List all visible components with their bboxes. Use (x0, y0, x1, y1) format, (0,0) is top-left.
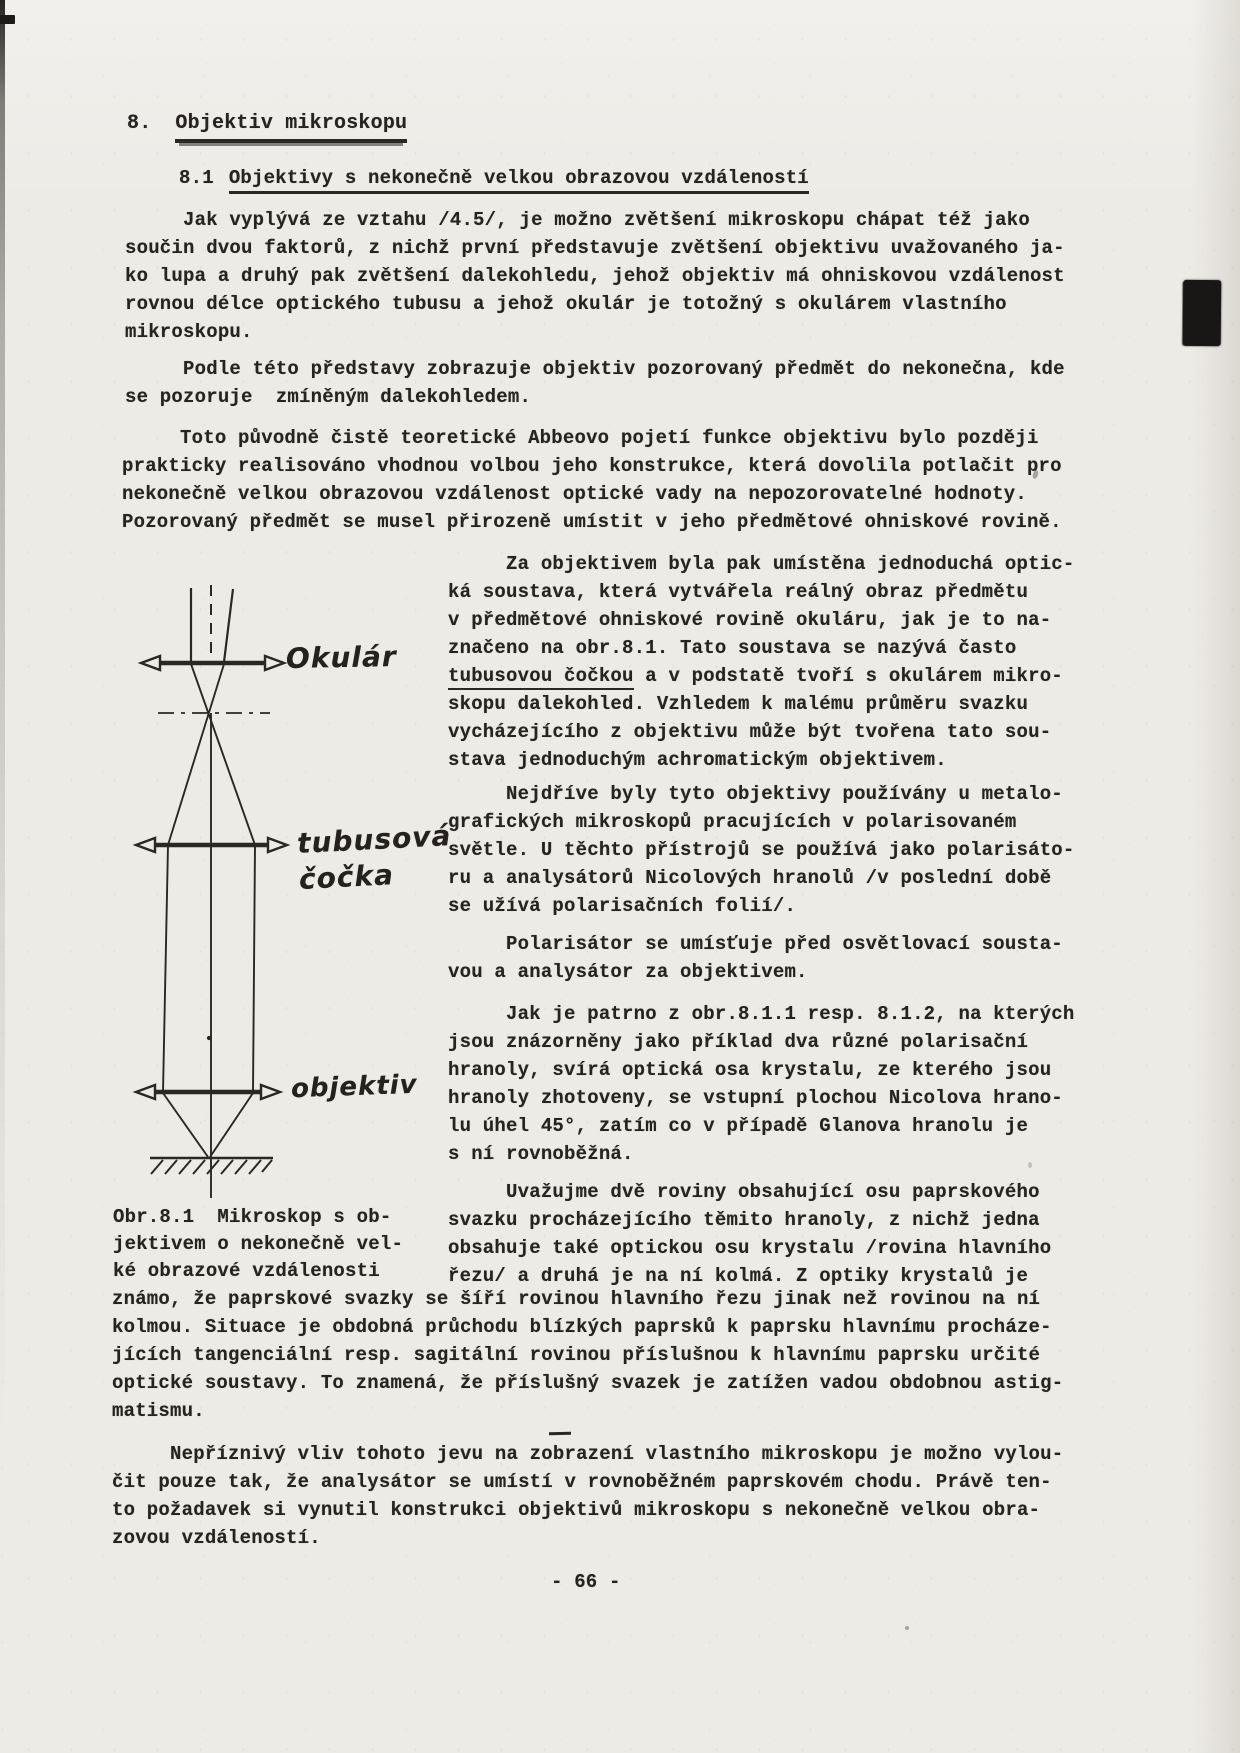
figure-label-eyepiece: Okulár (286, 640, 397, 675)
subsection-number: 8.1 (179, 167, 214, 189)
underlined-term: tubusovou čočkou (448, 665, 634, 690)
figure-label-objective: objektiv (291, 1070, 419, 1104)
paragraph: Toto původně čistě teoretické Abbeovo po… (122, 424, 1062, 536)
section-title: Objektiv mikroskopu (175, 112, 407, 143)
paragraph: Jak vyplývá ze vztahu /4.5/, je možno zv… (125, 206, 1065, 346)
paragraph: známo, že paprskové svazky se šíří rovin… (112, 1285, 1063, 1425)
figure-label-tube-lens: tubusová čočka (296, 818, 454, 898)
margin-ink-blob (1183, 280, 1222, 346)
section-number: 8. (127, 112, 151, 135)
paragraph: Nejdříve byly tyto objektivy používány u… (448, 780, 1075, 920)
paragraph-text: Za objektivem byla pak umístěna jednoduc… (448, 553, 1075, 659)
scanned-document-page: 8.Objektiv mikroskopu 8.1Objektivy s nek… (0, 0, 1240, 1753)
paragraph: Polarisátor se umísťuje před osvětlovací… (448, 930, 1063, 986)
paragraph: Podle této představy zobrazuje objektiv … (125, 355, 1065, 411)
paragraph: Nepříznivý vliv tohoto jevu na zobrazení… (112, 1440, 1063, 1552)
paragraph: Za objektivem byla pak umístěna jednoduc… (448, 550, 1075, 774)
subsection-heading: 8.1Objektivy s nekonečně velkou obrazovo… (179, 164, 809, 192)
paragraph: Jak je patrno z obr.8.1.1 resp. 8.1.2, n… (448, 1000, 1075, 1168)
paragraph: Uvažujme dvě roviny obsahující osu paprs… (448, 1178, 1051, 1290)
binding-edge-shadow (0, 0, 5, 1480)
figure-caption: Obr.8.1 Mikroskop s ob- jektivem o nekon… (113, 1204, 403, 1285)
corner-ink-mark (0, 15, 15, 24)
stray-dash-mark (549, 1432, 571, 1435)
ink-speck (905, 1626, 909, 1630)
subsection-title: Objektivy s nekonečně velkou obrazovou v… (229, 167, 809, 194)
page-number: - 66 - (551, 1568, 621, 1596)
section-heading: 8.Objektiv mikroskopu (127, 110, 407, 138)
